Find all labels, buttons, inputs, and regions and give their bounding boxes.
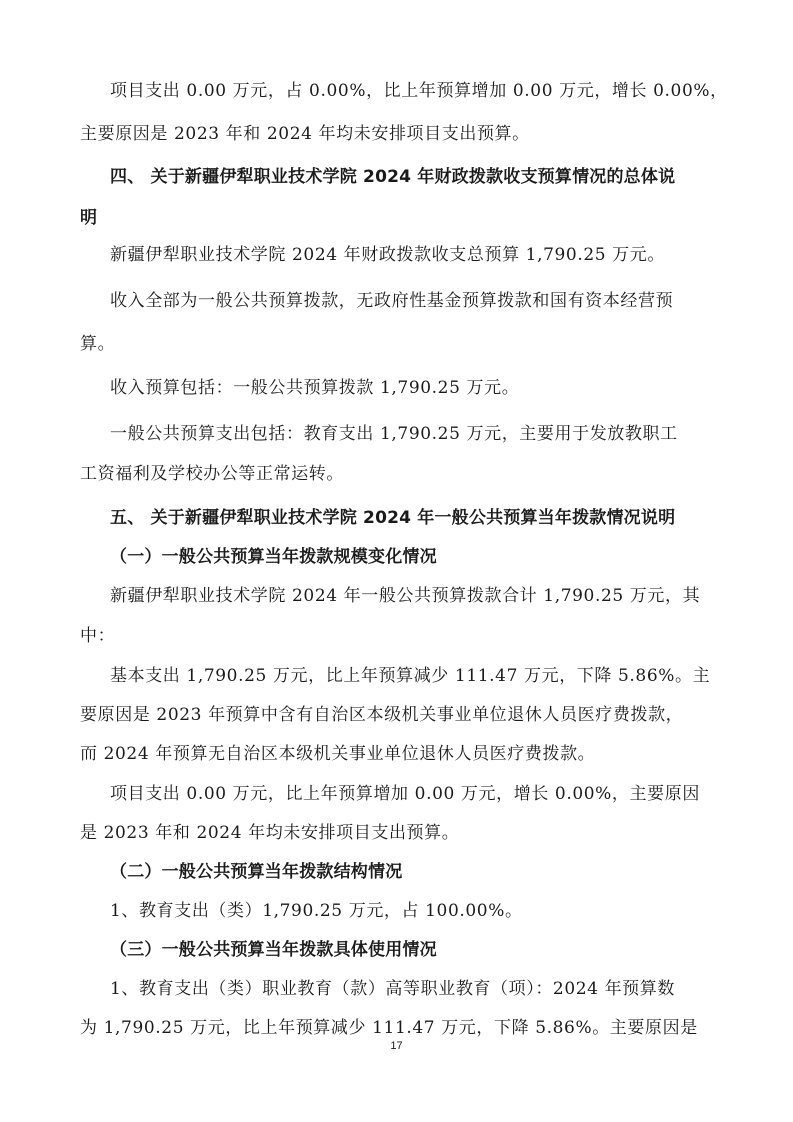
page-number: 17 xyxy=(0,1040,793,1052)
paragraph-line: 要原因是 2023 年预算中含有自治区本级机关事业单位退休人员医疗费拨款， xyxy=(80,700,683,725)
paragraph-line: 1、教育支出（类）职业教育（款）高等职业教育（项）：2024 年预算数 xyxy=(110,974,675,999)
paragraph-line: 新疆伊犁职业技术学院 2024 年一般公共预算拨款合计 1,790.25 万元，… xyxy=(110,581,700,606)
paragraph-line: 算。 xyxy=(80,329,115,354)
paragraph-line: 为 1,790.25 万元，比上年预算减少 111.47 万元，下降 5.86%… xyxy=(80,1013,698,1038)
paragraph-line: 工资福利及学校办公等正常运转。 xyxy=(80,459,344,484)
paragraph-line: 是 2023 年和 2024 年均未安排项目支出预算。 xyxy=(80,818,459,843)
paragraph-line: 1、教育支出（类）1,790.25 万元，占 100.00%。 xyxy=(110,896,523,921)
section-heading: 四、 关于新疆伊犁职业技术学院 2024 年财政拨款收支预算情况的总体说 xyxy=(110,162,675,187)
paragraph-line: 项目支出 0.00 万元，占 0.00%，比上年预算增加 0.00 万元，增长 … xyxy=(110,76,728,101)
section-heading: 五、 关于新疆伊犁职业技术学院 2024 年一般公共预算当年拨款情况说明 xyxy=(110,503,675,528)
section-heading: （一）一般公共预算当年拨款规模变化情况 xyxy=(110,542,437,567)
paragraph-line: 主要原因是 2023 年和 2024 年均未安排项目支出预算。 xyxy=(80,119,530,144)
paragraph-line: 收入全部为一般公共预算拨款，无政府性基金预算拨款和国有资本经营预 xyxy=(110,286,673,311)
paragraph-line: 而 2024 年预算无自治区本级机关事业单位退休人员医疗费拨款。 xyxy=(80,739,595,764)
paragraph-line: 一般公共预算支出包括：教育支出 1,790.25 万元，主要用于发放教职工 xyxy=(110,419,678,444)
paragraph-line: 新疆伊犁职业技术学院 2024 年财政拨款收支总预算 1,790.25 万元。 xyxy=(110,240,665,265)
paragraph-line: 中： xyxy=(80,621,115,646)
section-heading: （三）一般公共预算当年拨款具体使用情况 xyxy=(110,935,437,960)
paragraph-line: 项目支出 0.00 万元，比上年预算增加 0.00 万元，增长 0.00%，主要… xyxy=(110,779,700,804)
section-heading: （二）一般公共预算当年拨款结构情况 xyxy=(110,857,402,882)
paragraph-line: 基本支出 1,790.25 万元，比上年预算减少 111.47 万元，下降 5.… xyxy=(110,661,710,686)
section-heading: 明 xyxy=(80,203,97,228)
paragraph-line: 收入预算包括：一般公共预算拨款 1,790.25 万元。 xyxy=(110,373,519,398)
